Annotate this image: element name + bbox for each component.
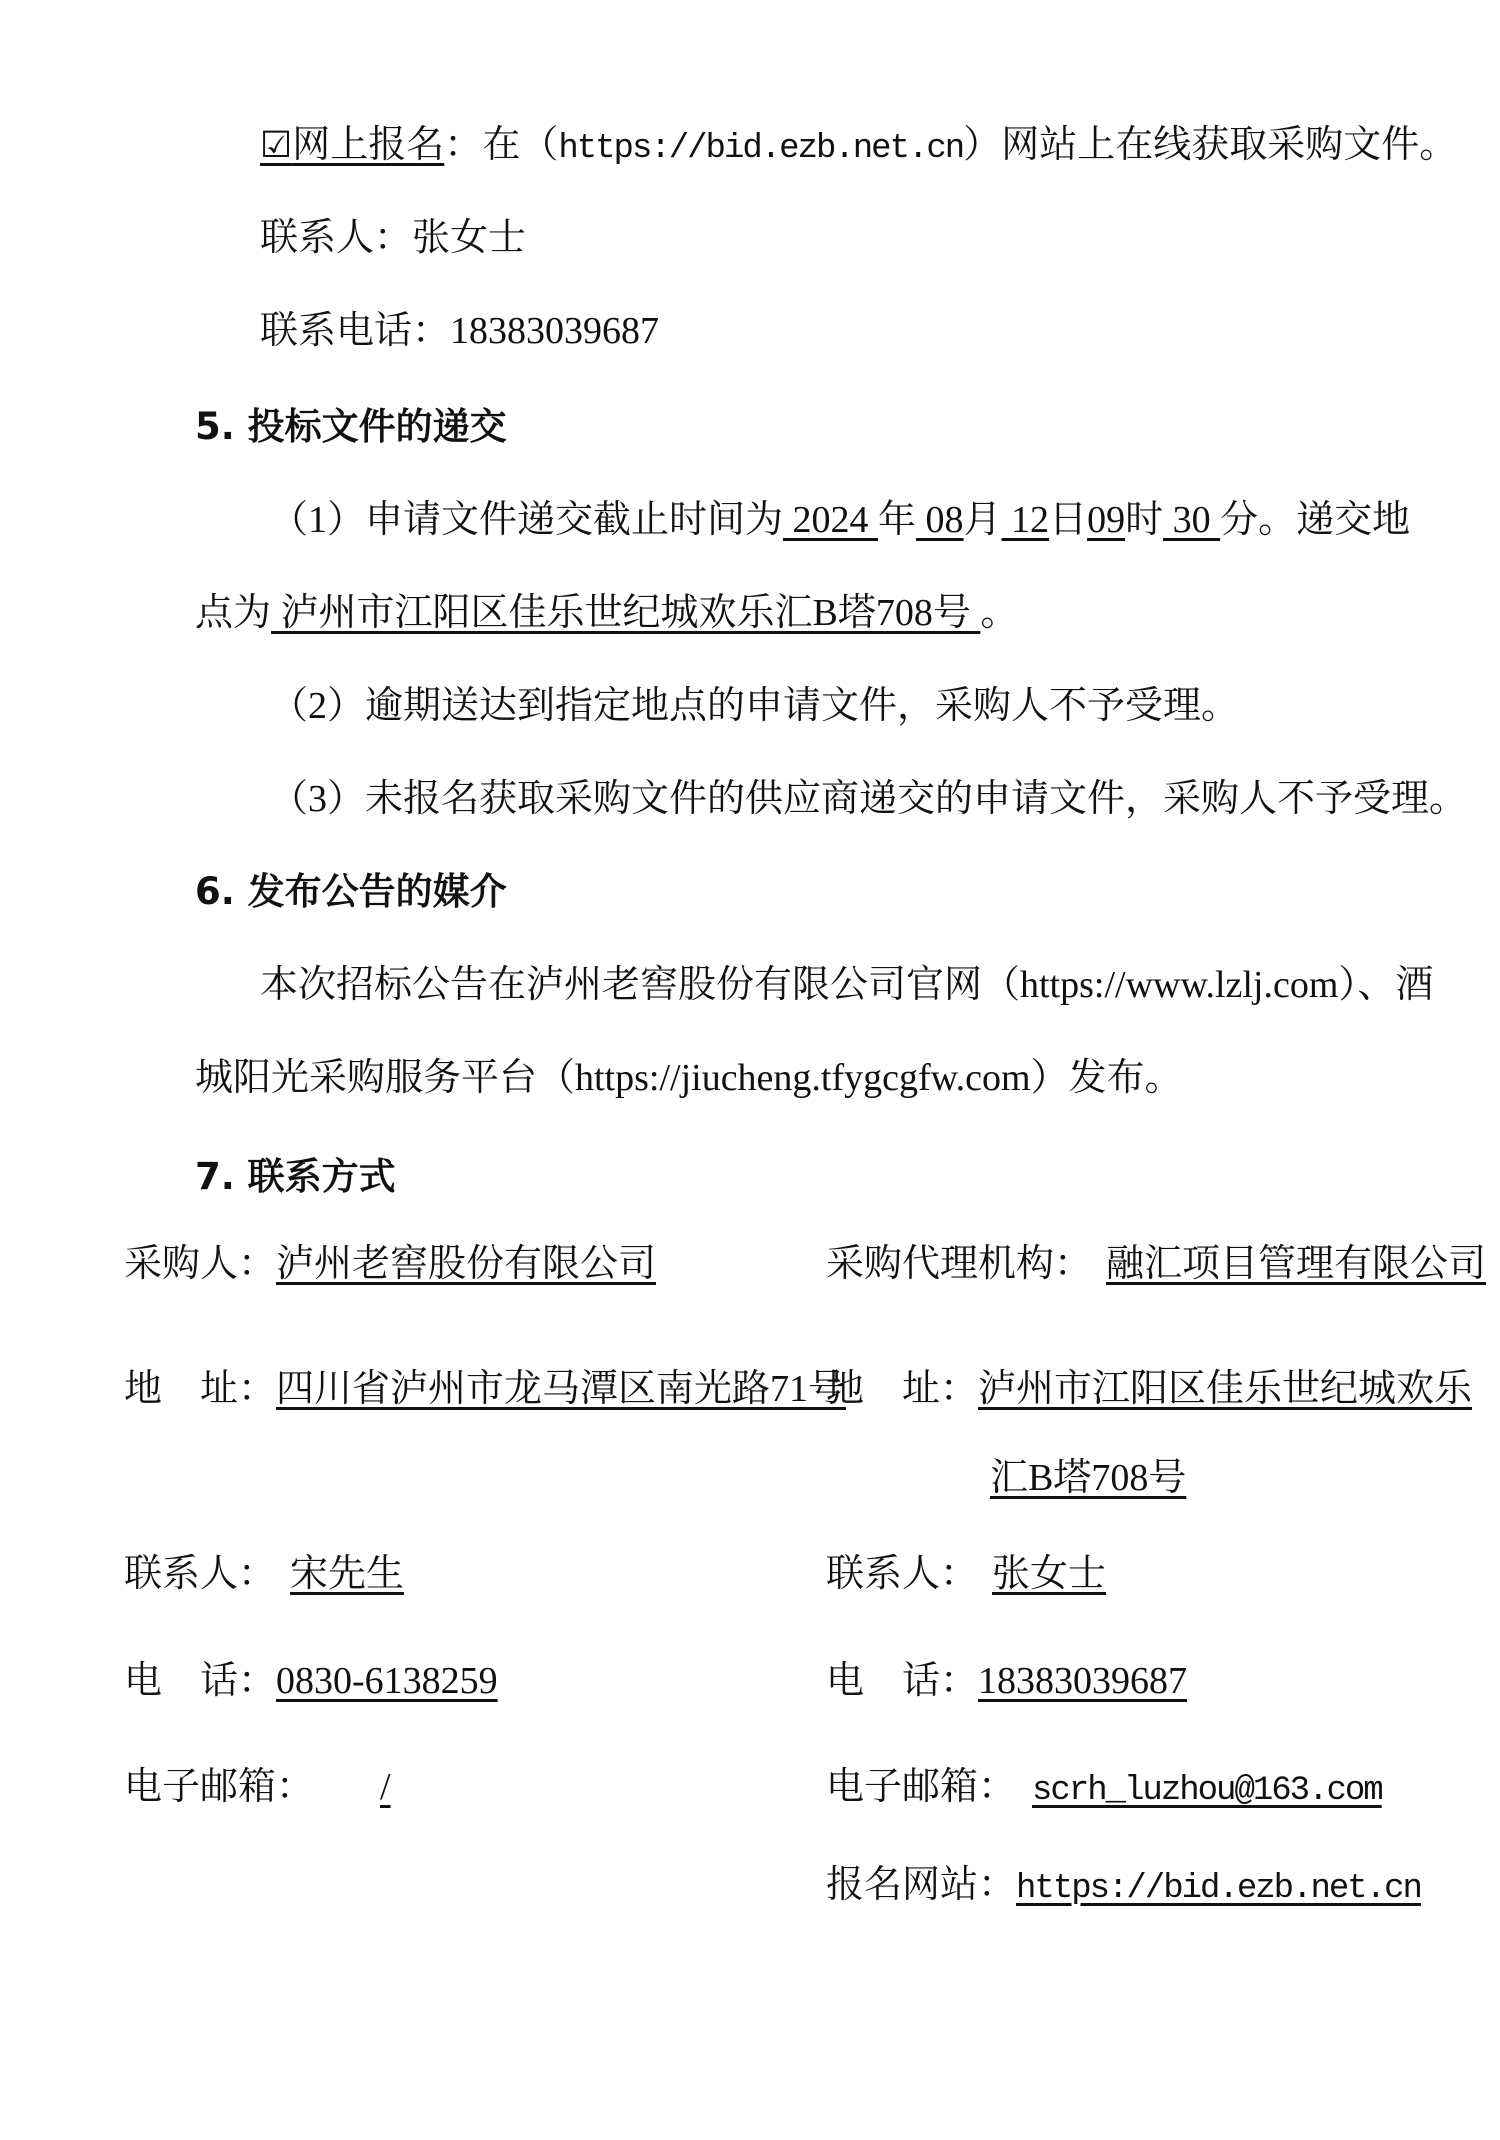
phone-value: 18383039687: [450, 310, 659, 352]
registration-line: ☑网上报名：在（https://bid.ezb.net.cn）网站上在线获取采购…: [260, 122, 1457, 168]
deadline-hour: 09: [1087, 499, 1125, 541]
purchaser-name-label: 采购人：: [124, 1243, 276, 1285]
checkbox-checked-icon[interactable]: ☑: [260, 125, 292, 166]
purchaser-address-value: 四川省泸州市龙马潭区南光路71号: [276, 1368, 846, 1410]
agency-name-line: 采购代理机构：融汇项目管理有限公司: [826, 1241, 1486, 1287]
section-5-heading: 5. 投标文件的递交: [195, 404, 507, 450]
agency-email-line: 电子邮箱：scrh_luzhou@163.com: [826, 1764, 1412, 1810]
purchaser-name-value: 泸州老窖股份有限公司: [276, 1243, 692, 1285]
agency-address-line: 地 址：泸州市江阳区佳乐世纪城欢乐: [826, 1366, 1472, 1412]
day-unit: 日: [1049, 499, 1087, 541]
deadline-year: 2024: [783, 499, 878, 541]
agency-address-value-line-2: 汇B塔708号: [990, 1457, 1234, 1499]
item1-prefix: （1）申请文件递交截止时间为: [270, 499, 783, 541]
text-after-url: ）网站上在线获取采购文件。: [963, 124, 1457, 166]
registration-contact-line: 联系人：张女士: [260, 215, 526, 261]
agency-phone-value: 18383039687: [978, 1660, 1187, 1702]
section-5-item-3: （3）未报名获取采购文件的供应商递交的申请文件，采购人不予受理。: [270, 776, 1467, 822]
location-suffix: 。: [980, 592, 1018, 634]
registration-method[interactable]: ☑网上报名: [260, 124, 444, 166]
purchaser-email-value: /: [314, 1766, 491, 1808]
agency-phone-line: 电 话：18383039687: [826, 1658, 1187, 1704]
contact-label: 联系人：: [260, 217, 412, 259]
section-7-heading: 7. 联系方式: [195, 1154, 396, 1200]
agency-website-label: 报名网站：: [826, 1864, 1016, 1906]
purchaser-contact-label: 联系人：: [124, 1553, 276, 1595]
section-5-item-1: （1）申请文件递交截止时间为 2024 年 08月 12日09时 30 分。递交…: [270, 497, 1410, 543]
agency-address-label: 地 址：: [826, 1368, 978, 1410]
agency-website-link[interactable]: https://bid.ezb.net.cn: [1016, 1870, 1421, 1908]
registration-phone-line: 联系电话：18383039687: [260, 308, 659, 354]
section-6-line-1: 本次招标公告在泸州老窖股份有限公司官网（https://www.lzlj.com…: [260, 962, 1433, 1008]
agency-address-value-line-1: 泸州市江阳区佳乐世纪城欢乐: [978, 1368, 1472, 1410]
purchaser-phone-label: 电 话：: [124, 1660, 276, 1702]
agency-name-value: 融汇项目管理有限公司: [1092, 1243, 1486, 1285]
hour-unit: 时: [1125, 499, 1163, 541]
section-5-item-1-line-2: 点为 泸州市江阳区佳乐世纪城欢乐汇B塔708号 。: [195, 590, 1018, 636]
agency-name-label: 采购代理机构：: [826, 1243, 1092, 1285]
submission-location: 泸州市江阳区佳乐世纪城欢乐汇B塔708号: [271, 592, 980, 634]
agency-contact-value: 张女士: [978, 1553, 1124, 1595]
purchaser-name-line: 采购人：泸州老窖股份有限公司: [124, 1241, 692, 1287]
phone-label: 联系电话：: [260, 310, 450, 352]
agency-website-line: 报名网站：https://bid.ezb.net.cn: [826, 1862, 1421, 1908]
agency-email-label: 电子邮箱：: [826, 1766, 1016, 1808]
location-prefix: 点为: [195, 592, 271, 634]
colon: ：: [444, 124, 482, 166]
registration-url-link[interactable]: https://bid.ezb.net.cn: [558, 130, 963, 168]
deadline-minute: 30: [1163, 499, 1220, 541]
minute-unit: 分。递交地: [1220, 499, 1410, 541]
purchaser-address-line: 地 址：四川省泸州市龙马潭区南光路71号: [124, 1366, 846, 1412]
year-unit: 年: [878, 499, 916, 541]
contact-value: 张女士: [412, 217, 526, 259]
section-5-item-2: （2）逾期送达到指定地点的申请文件，采购人不予受理。: [270, 683, 1239, 729]
purchaser-email-label: 电子邮箱：: [124, 1766, 314, 1808]
purchaser-contact-value: 宋先生: [276, 1553, 434, 1595]
text-before-url: 在（: [482, 124, 558, 166]
agency-contact-label: 联系人：: [826, 1553, 978, 1595]
purchaser-address-label: 地 址：: [124, 1368, 276, 1410]
agency-email-value[interactable]: scrh_luzhou@163.com: [1016, 1766, 1412, 1808]
month-unit: 月: [964, 499, 1002, 541]
agency-address-line-2: 汇B塔708号: [990, 1455, 1234, 1501]
purchaser-contact-line: 联系人：宋先生: [124, 1551, 434, 1597]
registration-method-label: 网上报名: [292, 124, 444, 166]
agency-phone-label: 电 话：: [826, 1660, 978, 1702]
purchaser-email-line: 电子邮箱：/: [124, 1764, 491, 1810]
purchaser-phone-value: 0830-6138259: [276, 1660, 498, 1702]
deadline-month: 08: [916, 499, 964, 541]
purchaser-phone-line: 电 话：0830-6138259: [124, 1658, 498, 1704]
deadline-day: 12: [1002, 499, 1050, 541]
agency-contact-line: 联系人：张女士: [826, 1551, 1124, 1597]
section-6-line-2: 城阳光采购服务平台（https://jiucheng.tfygcgfw.com）…: [195, 1055, 1183, 1101]
section-6-heading: 6. 发布公告的媒介: [195, 869, 507, 915]
